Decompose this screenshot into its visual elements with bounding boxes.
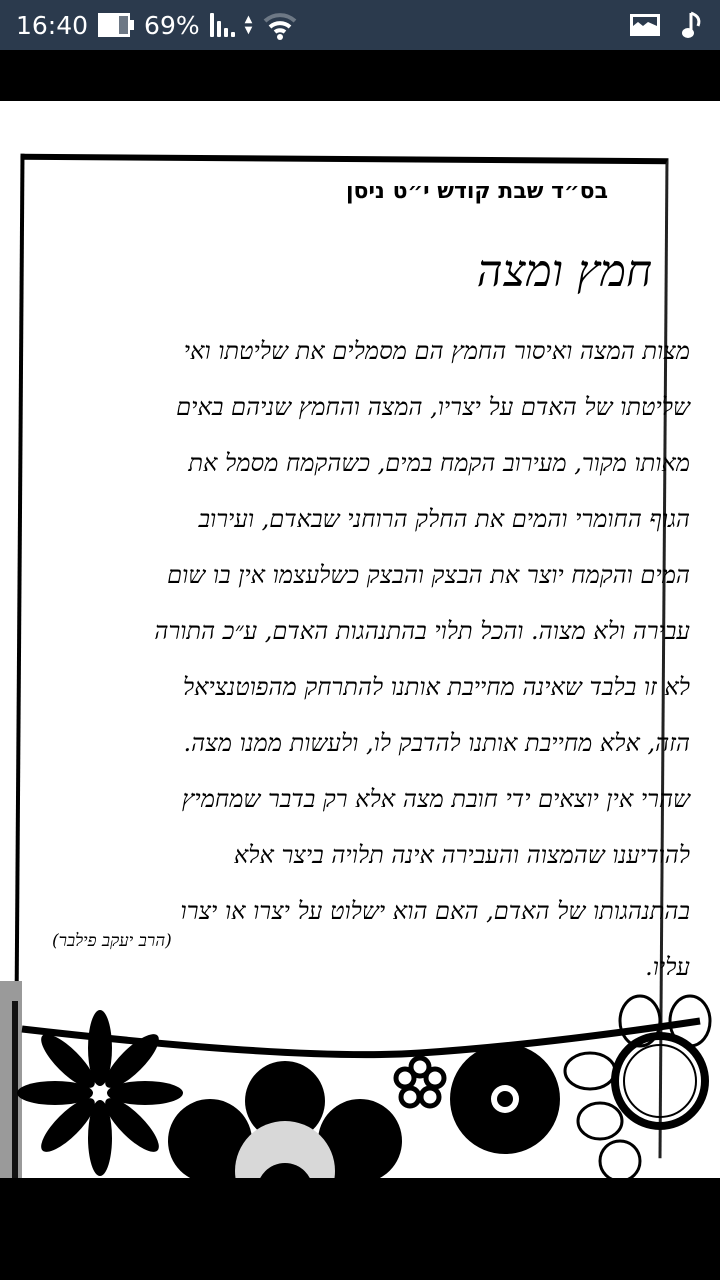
image-viewer[interactable]: בס״ד שבת קודש י״ט ניסן חמץ ומצה מצות המצ…	[0, 101, 720, 1178]
document-title: חמץ ומצה	[477, 246, 652, 297]
battery-icon	[98, 13, 134, 37]
text-line: מאותו מקור, מעירוב הקמח במים, כשהקמח מסמ…	[50, 435, 690, 491]
text-line: המים והקמח יוצר את הבצק והבצק כשלעצמו אי…	[50, 547, 690, 603]
document-body: מצות המצה ואיסור החמץ הם מסמלים את שליטת…	[50, 323, 690, 995]
flower-icon	[17, 996, 710, 1178]
text-line: עבירה ולא מצוה. והכל תלוי בהתנהגות האדם,…	[50, 603, 690, 659]
document-header: בס״ד שבת קודש י״ט ניסן	[346, 179, 608, 204]
clock: 16:40	[16, 11, 88, 40]
data-updown-icon: ▲▼	[245, 14, 253, 36]
text-line: שליטתו של האדם על יצריו, המצה והחמץ שניה…	[50, 379, 690, 435]
status-bar: 16:40 69% ▲▼	[0, 0, 720, 50]
viewer-bottom-band	[0, 1178, 720, 1280]
wifi-icon	[262, 10, 298, 40]
signal-bars-icon	[210, 13, 235, 37]
signature: (הרב יעקב פילבר)	[52, 931, 172, 951]
flower-border-decoration	[0, 981, 720, 1178]
text-line: מצות המצה ואיסור החמץ הם מסמלים את שליטת…	[50, 323, 690, 379]
music-notification-icon	[682, 10, 704, 40]
text-line: שהרי אין יוצאים ידי חובת מצה אלא רק בדבר…	[50, 771, 690, 827]
text-line: הזה, אלא מחייבת אותנו להדבק לו, ולעשות מ…	[50, 715, 690, 771]
text-line: לא זו בלבד שאינה מחייבת אותנו להתרחק מהפ…	[50, 659, 690, 715]
battery-percent: 69%	[144, 11, 200, 40]
text-line: להודיענו שהמצוה והעבירה אינה תלויה ביצר …	[50, 827, 690, 883]
text-line: הגוף החומרי והמים את החלק הרוחני שבאדם, …	[50, 491, 690, 547]
gallery-notification-icon	[630, 14, 660, 36]
viewer-top-band	[0, 50, 720, 101]
